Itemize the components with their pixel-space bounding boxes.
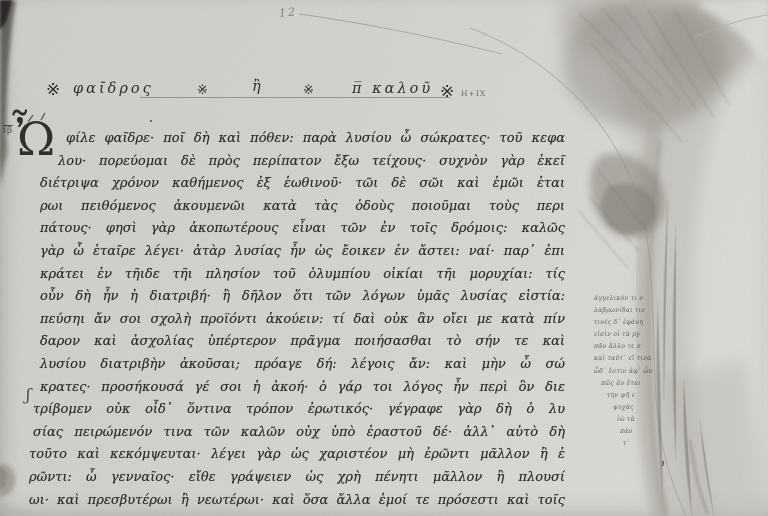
page-number: 221 bbox=[633, 1, 655, 11]
scholion-line: καὶ ταῦτ᾽ εἴ τινα bbox=[594, 353, 674, 365]
asterisk-ornament-icon: ※ bbox=[440, 82, 454, 102]
scholion-line: ψυχὰς bbox=[594, 402, 674, 414]
text-line: διέτριψα χρόνον καθήμενος ἐξ ἑωθινοῦ· τῶ… bbox=[40, 173, 565, 196]
text-line: κρατες· προσήκουσά γέ σοι ἡ ἀκοή· ὁ γάρ … bbox=[40, 377, 565, 400]
scholion-line: ἰὼ τὰ bbox=[594, 414, 674, 426]
scholion-line: ἀγγελικόν τι ν bbox=[594, 293, 674, 305]
text-line: φίλε φαῖδρε· ποῖ δὴ καὶ πόθεν: παρὰ λυσί… bbox=[40, 128, 565, 151]
scholion-line: ὧδ᾽ ἔστιν ἀφ᾽ ὧν bbox=[594, 366, 674, 378]
asterisk-ornament-icon: ※ bbox=[46, 80, 60, 100]
text-line: δαρον καὶ ἀσχολίας ὑπέρτερον πρᾶγμα ποιή… bbox=[40, 331, 565, 354]
text-line: πάτους· φησὶ γὰρ ἀκοπωτέρους εἶναι τῶν ἐ… bbox=[40, 218, 565, 241]
scholion-line: τινὲς δ᾽ ἐφάνη bbox=[594, 317, 674, 329]
quire-mark: Η+ΙΧ bbox=[461, 89, 486, 98]
text-line: ρῶντι: ὦ γενναῖος· εἴθε γράψειεν ὡς χρὴ … bbox=[29, 467, 565, 490]
asterisk-ornament-icon: ※ bbox=[197, 83, 208, 98]
asterisk-ornament-icon: ※ bbox=[303, 83, 314, 98]
text-line: γὰρ ὦ ἑταῖρε λέγει· ἀτὰρ λυσίας ἦν ὡς ἔο… bbox=[40, 241, 565, 264]
text-line: κράτει ἐν τῆιδε τῆι πλησίον τοῦ ὀλυμπίου… bbox=[40, 264, 565, 287]
title-word-peri-kalou: π̅ καλοῦ bbox=[352, 81, 433, 97]
text-line: τοῦτο καὶ κεκόμψευται· λέγει γὰρ ὡς χαρι… bbox=[29, 444, 565, 467]
scholion-line: τὴν ψῆ ε bbox=[594, 390, 674, 402]
text-line: λυσίου διατριβὴν ἀκοῦσαι; πρόαγε δή: λέγ… bbox=[40, 354, 565, 377]
text-line: λου· πορεύομαι δὲ πρὸς περίπατον ἔξω τεί… bbox=[40, 151, 565, 174]
scholion-line: πάν bbox=[594, 426, 674, 438]
scholion-line: πᾶν ἄλλο τε σ bbox=[594, 341, 674, 353]
title-word-phaidros: φαῖδρος bbox=[73, 81, 154, 97]
margin-catch-mark: ʃ bbox=[26, 385, 30, 404]
title-word-e: ἢ bbox=[252, 79, 264, 95]
scholion-line: λαβρωνίδαι τιν bbox=[594, 305, 674, 317]
text-line: τρίβομεν οὐκ οἶδ᾽ ὅντινα τρόπον ἐρωτικός… bbox=[33, 399, 565, 422]
marginal-scholion: ἀγγελικόν τι ν λαβρωνίδαι τιν τινὲς δ᾽ ἐ… bbox=[594, 293, 674, 450]
pencil-folio-number: 12 bbox=[278, 5, 297, 20]
title-rule-line bbox=[140, 97, 450, 98]
text-line: σίας πειρώμενόν τινα τῶν καλῶν οὐχ ὑπὸ ἐ… bbox=[33, 422, 565, 445]
scholion-line: εἰσὶν οἱ τὰ ργ bbox=[594, 329, 674, 341]
manuscript-photo: 12 221 ϊβ ※ φαῖδρος ※ ἢ ※ π̅ καλοῦ ※ Η+Ι… bbox=[0, 0, 768, 516]
scholion-line: πῶς ἂν ἔται bbox=[594, 378, 674, 390]
text-line: οὖν δὴ ἦν ἡ διατριβή· ἢ δῆλον ὅτι τῶν λό… bbox=[40, 286, 565, 309]
text-line: ωι· καὶ πρεσβυτέρωι ἢ νεωτέρωι· καὶ ὅσα … bbox=[29, 490, 565, 513]
main-text-block: φίλε φαῖδρε· ποῖ δὴ καὶ πόθεν: παρὰ λυσί… bbox=[40, 128, 565, 512]
text-line: ρωι πειθόμενος ἀκουμενῶι κατὰ τὰς ὁδοὺς … bbox=[40, 196, 565, 219]
text-line: πεύσηι ἄν σοι σχολὴ προϊόντι ἀκούειν: τί… bbox=[40, 309, 565, 332]
